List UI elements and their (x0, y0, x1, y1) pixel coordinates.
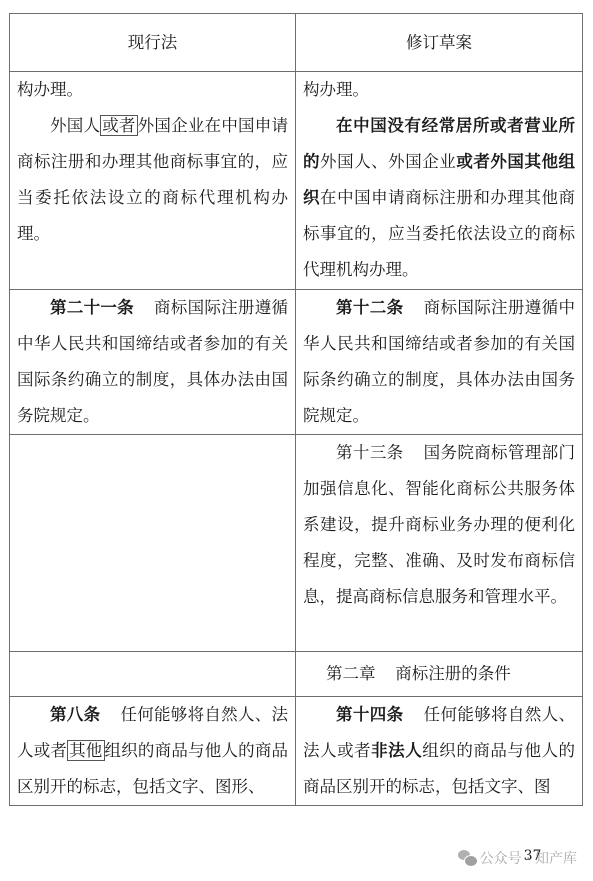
table-row: 第二十一条商标国际注册遵循中华人民共和国缔结或者参加的有关国际条约确立的制度，具… (10, 290, 583, 435)
article-number: 第八条 (50, 705, 100, 724)
article-number: 第十四条 (336, 705, 403, 724)
cell-current-law-empty (10, 435, 296, 652)
table-row: 第二章商标注册的条件 (10, 652, 583, 697)
paragraph: 在中国没有经常居所或者营业所的外国人、外国企业或者外国其他组织在中国申请商标注册… (303, 108, 575, 288)
article-number: 第二十一条 (50, 298, 134, 317)
cell-current-law-empty (10, 652, 296, 697)
wechat-icon (458, 850, 476, 866)
bold-added-text: 非法人 (371, 741, 422, 760)
paragraph: 第八条任何能够将自然人、法人或者其他组织的商品与他人的商品区别开的标志，包括文字… (17, 697, 288, 805)
page-number: 37 (524, 848, 542, 864)
cell-revised-draft: 第十二条商标国际注册遵循中华人民共和国缔结或者参加的有关国际条约确立的制度，具体… (296, 290, 583, 435)
paragraph: 第十三条国务院商标管理部门加强信息化、智能化商标公共服务体系建设，提升商标业务办… (303, 435, 575, 615)
table-row: 第八条任何能够将自然人、法人或者其他组织的商品与他人的商品区别开的标志，包括文字… (10, 697, 583, 806)
table-row: 第十三条国务院商标管理部门加强信息化、智能化商标公共服务体系建设，提升商标业务办… (10, 435, 583, 652)
text-span: 在中国申请商标注册和办理其他商标事宜的，应当委托依法设立的商标代理机构办理。 (303, 188, 575, 279)
table-header-row: 现行法 修订草案 (10, 14, 583, 72)
article-number: 第十三条 (336, 443, 403, 462)
watermark-text: 公众号 · 知产库 37 (480, 848, 577, 868)
boxed-deleted-text: 或者 (100, 115, 137, 136)
watermark: 公众号 · 知产库 37 (458, 848, 577, 868)
article-number: 第十二条 (336, 298, 403, 317)
paragraph: 第十四条任何能够将自然人、法人或者非法人组织的商品与他人的商品区别开的标志，包括… (303, 697, 575, 805)
paragraph: 外国人或者外国企业在中国申请商标注册和办理其他商标事宜的，应当委托依法设立的商标… (17, 108, 288, 252)
paragraph-continuation: 构办理。 (303, 72, 575, 108)
cell-revised-draft: 第十三条国务院商标管理部门加强信息化、智能化商标公共服务体系建设，提升商标业务办… (296, 435, 583, 652)
comparison-table: 现行法 修订草案 构办理。 外国人或者外国企业在中国申请商标注册和办理其他商标事… (9, 13, 583, 806)
paragraph: 第二十一条商标国际注册遵循中华人民共和国缔结或者参加的有关国际条约确立的制度，具… (17, 290, 288, 434)
text-span: 商标国际注册遵循中华人民共和国缔结或者参加的有关国际条约确立的制度，具体办法由国… (17, 298, 288, 425)
text-span: 国务院商标管理部门加强信息化、智能化商标公共服务体系建设，提升商标业务办理的便利… (303, 443, 575, 606)
chapter-heading: 第二章商标注册的条件 (296, 652, 583, 697)
text-span: 外国人、外国企业 (320, 152, 456, 171)
table-row: 构办理。 外国人或者外国企业在中国申请商标注册和办理其他商标事宜的，应当委托依法… (10, 72, 583, 290)
cell-current-law: 第二十一条商标国际注册遵循中华人民共和国缔结或者参加的有关国际条约确立的制度，具… (10, 290, 296, 435)
chapter-number: 第二章 (326, 664, 376, 683)
cell-revised-draft: 第十四条任何能够将自然人、法人或者非法人组织的商品与他人的商品区别开的标志，包括… (296, 697, 583, 806)
paragraph-continuation: 构办理。 (17, 72, 288, 108)
text-span: 外国企业在中国申请商标注册和办理其他商标事宜的，应当委托依法设立的商标代理机构办… (17, 116, 288, 243)
cell-current-law: 第八条任何能够将自然人、法人或者其他组织的商品与他人的商品区别开的标志，包括文字… (10, 697, 296, 806)
text-span: 商标国际注册遵循中华人民共和国缔结或者参加的有关国际条约确立的制度，具体办法由国… (303, 298, 575, 425)
boxed-deleted-text: 其他 (67, 740, 104, 761)
header-current-law: 现行法 (10, 14, 296, 72)
cell-revised-draft: 构办理。 在中国没有经常居所或者营业所的外国人、外国企业或者外国其他组织在中国申… (296, 72, 583, 290)
header-revised-draft: 修订草案 (296, 14, 583, 72)
chapter-title: 商标注册的条件 (395, 664, 511, 683)
text-span: 外国人 (50, 116, 100, 135)
paragraph: 第十二条商标国际注册遵循中华人民共和国缔结或者参加的有关国际条约确立的制度，具体… (303, 290, 575, 434)
cell-current-law: 构办理。 外国人或者外国企业在中国申请商标注册和办理其他商标事宜的，应当委托依法… (10, 72, 296, 290)
